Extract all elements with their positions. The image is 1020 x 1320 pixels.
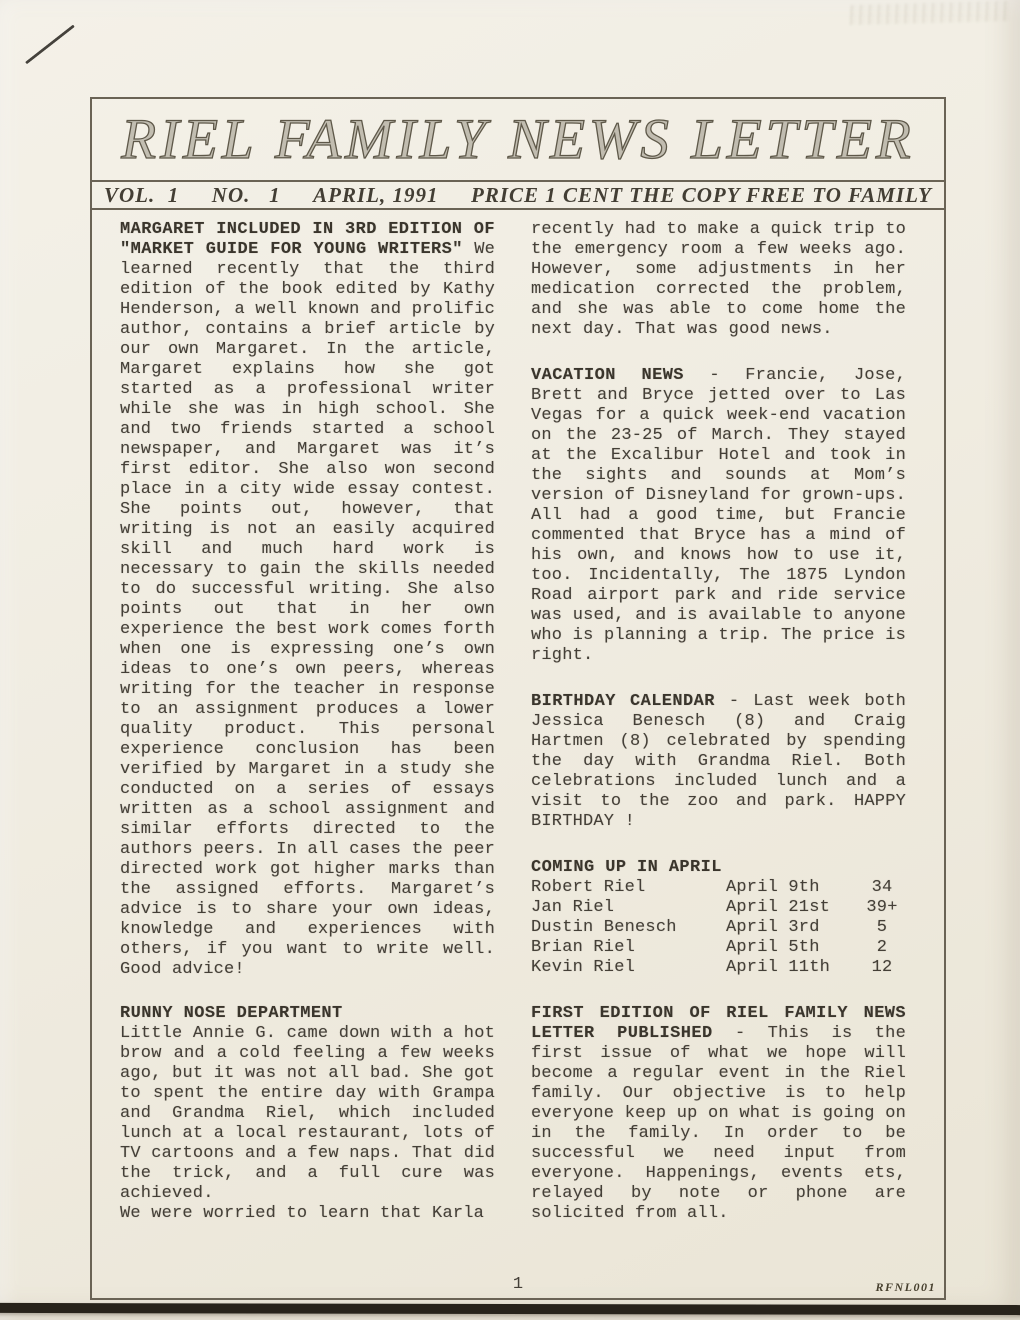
- scan-edge: [0, 1303, 1020, 1315]
- document-id: RFNL001: [875, 1280, 936, 1295]
- calendar-row: Robert Riel April 9th 34: [531, 878, 906, 898]
- article-runny-nose: RUNNY NOSE DEPARTMENT Little Annie G. ca…: [120, 1004, 495, 1224]
- article-margaret: MARGARET INCLUDED IN 3RD EDITION OF "MAR…: [120, 220, 495, 980]
- coming-up-heading: COMING UP IN APRIL: [531, 858, 906, 878]
- pencil-scribble-icon: [848, 1, 1010, 25]
- newsletter-body: MARGARET INCLUDED IN 3RD EDITION OF "MAR…: [92, 210, 944, 1250]
- karla-continuation-paragraph: recently had to make a quick trip to the…: [531, 220, 906, 340]
- article-birthday: BIRTHDAY CALENDAR - Last week both Jessi…: [531, 692, 906, 832]
- article-first-edition: FIRST EDITION OF RIEL FAMILY NEWS LETTER…: [531, 1004, 906, 1224]
- calendar-date: April 5th: [726, 938, 858, 958]
- calendar-name: Dustin Benesch: [531, 918, 726, 938]
- calendar-date: April 3rd: [726, 918, 858, 938]
- article-runny-nose-body: Little Annie G. came down with a hot bro…: [120, 1024, 495, 1204]
- left-column: MARGARET INCLUDED IN 3RD EDITION OF "MAR…: [120, 220, 495, 1250]
- calendar-age: 5: [858, 918, 906, 938]
- calendar-age: 2: [858, 938, 906, 958]
- calendar-date: April 11th: [726, 958, 858, 978]
- calendar-age: 34: [858, 878, 906, 898]
- price-label: PRICE 1 CENT THE COPY FREE TO FAMILY: [471, 183, 932, 208]
- calendar-row: Kevin Riel April 11th 12: [531, 958, 906, 978]
- date-label: APRIL, 1991: [313, 183, 438, 208]
- calendar-name: Brian Riel: [531, 938, 726, 958]
- article-runny-nose-heading: RUNNY NOSE DEPARTMENT: [120, 1004, 495, 1024]
- article-margaret-body: We learned recently that the third editi…: [120, 240, 495, 979]
- newsletter-title: RIEL FAMILY NEWS LETTER: [92, 99, 944, 182]
- article-vacation-heading: VACATION NEWS: [531, 366, 684, 385]
- calendar-name: Jan Riel: [531, 898, 726, 918]
- page-border: RIEL FAMILY NEWS LETTER VOL. 1 NO. 1 APR…: [90, 97, 946, 1300]
- coming-up-calendar: COMING UP IN APRIL Robert Riel April 9th…: [531, 858, 906, 978]
- calendar-row: Jan Riel April 21st 39+: [531, 898, 906, 918]
- masthead-infoline: VOL. 1 NO. 1 APRIL, 1991 PRICE 1 CENT TH…: [92, 182, 944, 210]
- article-margaret-heading: MARGARET INCLUDED IN 3RD EDITION OF "MAR…: [120, 220, 495, 259]
- calendar-age: 39+: [858, 898, 906, 918]
- page-number: 1: [92, 1275, 944, 1294]
- calendar-row: Dustin Benesch April 3rd 5: [531, 918, 906, 938]
- right-column: recently had to make a quick trip to the…: [531, 220, 906, 1250]
- calendar-date: April 9th: [726, 878, 858, 898]
- article-vacation: VACATION NEWS - Francie, Jose, Brett and…: [531, 366, 906, 666]
- volume-label: VOL. 1: [104, 183, 179, 208]
- calendar-age: 12: [858, 958, 906, 978]
- masthead: RIEL FAMILY NEWS LETTER VOL. 1 NO. 1 APR…: [92, 99, 944, 210]
- article-first-edition-body: - This is the first issue of what we hop…: [531, 1024, 906, 1223]
- calendar-row: Brian Riel April 5th 2: [531, 938, 906, 958]
- calendar-name: Kevin Riel: [531, 958, 726, 978]
- newsletter-page: RIEL FAMILY NEWS LETTER VOL. 1 NO. 1 APR…: [0, 0, 1020, 1320]
- pen-mark-icon: [25, 24, 75, 64]
- issue-number-label: NO. 1: [212, 183, 281, 208]
- calendar-name: Robert Riel: [531, 878, 726, 898]
- article-vacation-body: - Francie, Jose, Brett and Bryce jetted …: [531, 366, 906, 665]
- article-birthday-heading: BIRTHDAY CALENDAR: [531, 692, 715, 711]
- article-runny-nose-continuation: We were worried to learn that Karla: [120, 1204, 495, 1224]
- article-birthday-body: - Last week both Jessica Benesch (8) and…: [531, 692, 906, 831]
- calendar-date: April 21st: [726, 898, 858, 918]
